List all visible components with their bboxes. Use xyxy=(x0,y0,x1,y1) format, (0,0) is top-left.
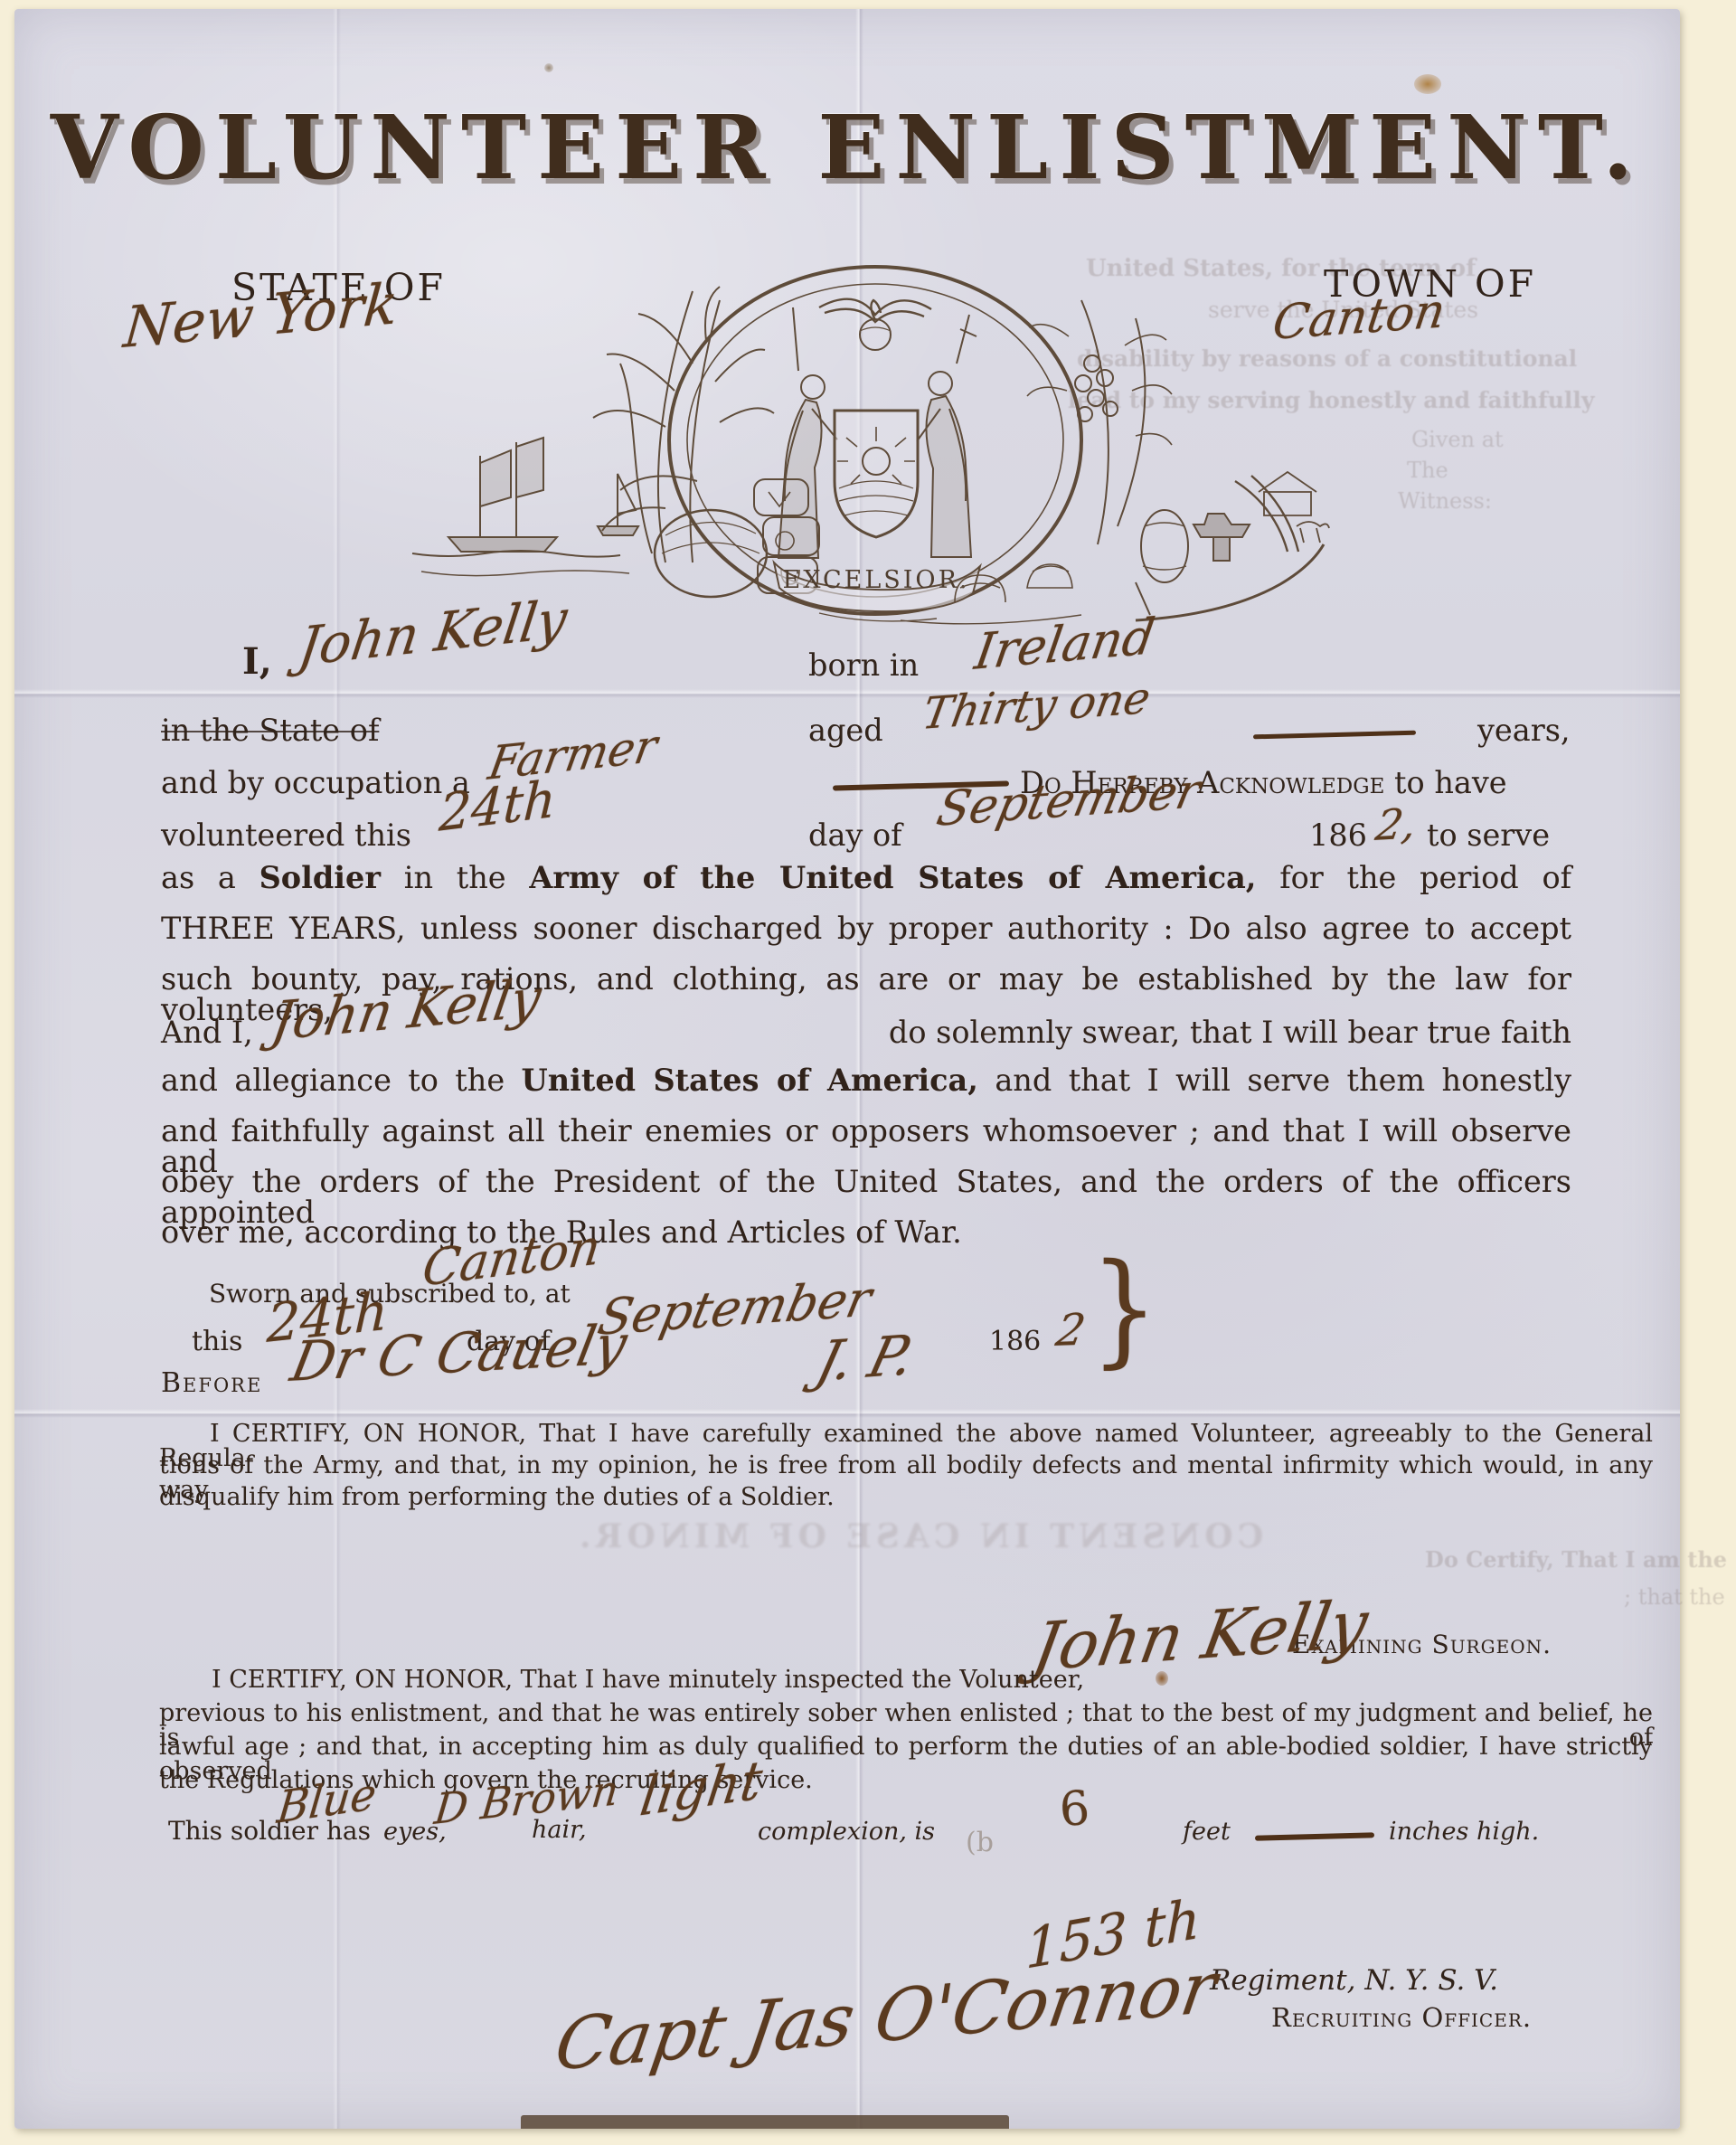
inches-high-label: inches high. xyxy=(1389,1818,1539,1846)
recruiting-officer-label: Recruiting Officer. xyxy=(1271,2002,1532,2033)
jp-handwriting: J. P. xyxy=(810,1323,920,1394)
recruiting-officer-signature: Capt Jas O'Connor xyxy=(550,1947,1222,2087)
excelsior-motto: EXCELSIOR. xyxy=(783,566,970,594)
age-handwriting: Thirty one xyxy=(919,673,1155,740)
grapevine-flowers xyxy=(1027,300,1172,544)
body-line: And I, John Kelly do solemnly swear, tha… xyxy=(161,1015,1571,1060)
occupation-label: and by occupation a xyxy=(161,765,470,800)
aged-label: aged xyxy=(808,713,883,748)
bleedthrough-text: Do Certify, That I am the xyxy=(1425,1546,1727,1573)
pencil-mark: (b xyxy=(966,1827,994,1858)
enlistment-form-sheet: United States, for the term of serve the… xyxy=(14,9,1680,2129)
sworn-brace: } xyxy=(1090,1236,1158,1380)
paper-stain xyxy=(1414,74,1441,94)
month-handwriting: September xyxy=(932,764,1205,837)
bleedthrough-mirrored-heading: CONSENT IN CASE OF MINOR. xyxy=(575,1517,1263,1555)
body-line: over me, according to the Rules and Arti… xyxy=(161,1217,1571,1248)
hair-label: hair, xyxy=(532,1816,587,1844)
fold-crease xyxy=(14,689,1680,698)
state-value-handwriting: New York xyxy=(121,270,401,361)
year-printed-label: 186 xyxy=(1309,817,1367,853)
eagle-icon xyxy=(819,299,931,350)
years-label: years, xyxy=(1477,713,1571,748)
bleedthrough-text: Given at xyxy=(1411,427,1504,452)
body-line: THREE YEARS, unless sooner discharged by… xyxy=(161,913,1571,944)
ships-scene xyxy=(412,438,638,576)
sworn-year-digit-handwriting: 2 xyxy=(1052,1305,1089,1356)
recruit-cert-line: I CERTIFY, ON HONOR, That I have minutel… xyxy=(212,1666,1084,1694)
page-title: VOLUNTEER ENLISTMENT. xyxy=(14,96,1680,199)
scan-edge-shadow xyxy=(521,2115,1009,2129)
bleedthrough-text: ; that the xyxy=(1624,1584,1725,1610)
shield-sunrise xyxy=(835,411,918,537)
ink-dash xyxy=(1255,1832,1374,1840)
to-have-label: to have xyxy=(1384,765,1506,800)
sworn-this-label: this xyxy=(192,1326,242,1357)
ny-coat-of-arms-vignette: EXCELSIOR. xyxy=(394,255,1353,635)
bleedthrough-text: The xyxy=(1407,458,1448,483)
before-label: Before xyxy=(161,1367,262,1399)
born-in-label: born in xyxy=(808,647,919,683)
regiment-label: Regiment, N. Y. S. V. xyxy=(1210,1964,1498,1997)
volunteered-this-label: volunteered this xyxy=(161,817,411,853)
oval-medallion: EXCELSIOR. xyxy=(669,267,1081,614)
liberty-figure xyxy=(778,307,837,558)
recruit-cert-line: the Regulations which govern the recruit… xyxy=(159,1768,1653,1792)
fold-crease xyxy=(14,1409,1680,1418)
complexion-label: complexion, is xyxy=(758,1818,935,1846)
ink-dash xyxy=(1253,731,1416,740)
paper-stain xyxy=(544,63,553,72)
day-of-label: day of xyxy=(808,817,902,853)
feet-label: feet xyxy=(1183,1818,1231,1846)
to-serve-label: to serve xyxy=(1427,817,1550,853)
feet-handwriting: 6 xyxy=(1058,1781,1091,1838)
in-state-of-label: in the State of xyxy=(161,713,379,748)
body-line: and allegiance to the United States of A… xyxy=(161,1065,1571,1096)
sworn-year-printed: 186 xyxy=(989,1326,1041,1357)
year-digit-handwriting: 2, xyxy=(1373,798,1420,850)
i-label: I, xyxy=(242,640,272,683)
surgeon-cert-line: disqualify him from performing the dutie… xyxy=(159,1485,1653,1509)
bleedthrough-text: Witness: xyxy=(1398,488,1492,514)
justice-figure xyxy=(917,315,976,557)
body-line: as a Soldier in the Army of the United S… xyxy=(161,863,1571,893)
volunteer-name-handwriting: John Kelly xyxy=(295,588,571,678)
